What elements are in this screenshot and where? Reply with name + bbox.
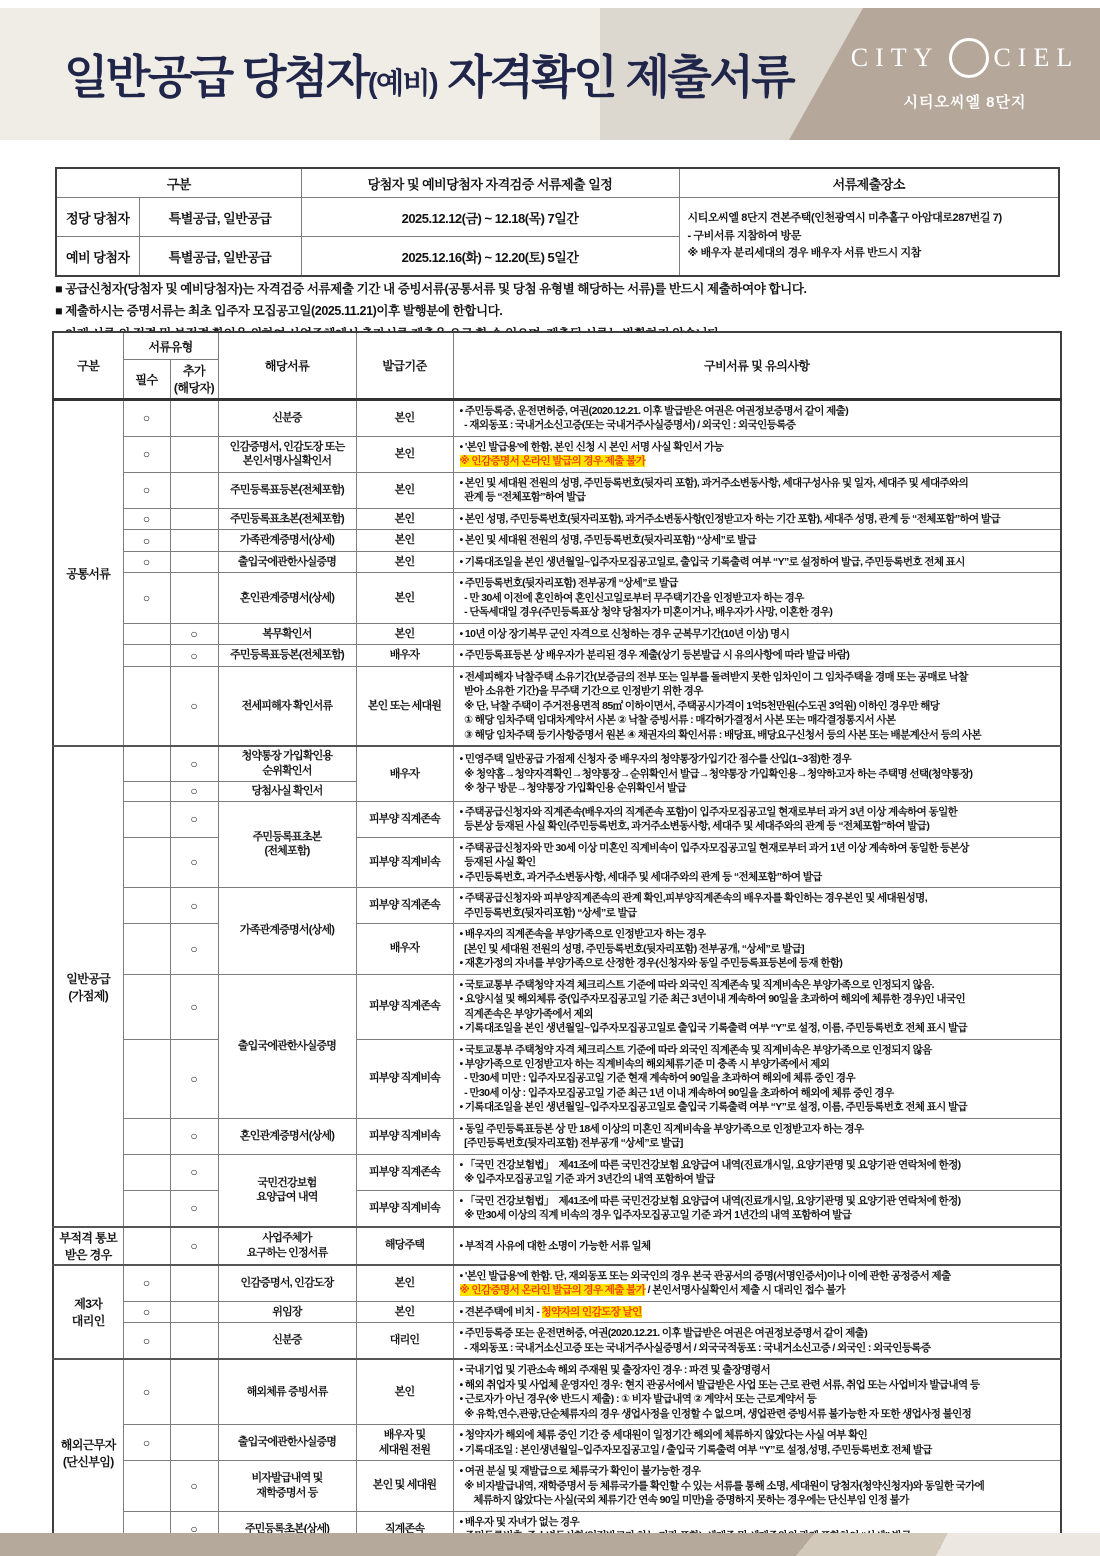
remark-line: • 국토교통부 주택청약 자격 체크리스트 기준에 따라 외국인 직계존속 및 … bbox=[460, 1043, 1055, 1057]
required-cell: ○ bbox=[123, 436, 170, 472]
remarks-cell: • 부적격 사유에 대한 소명이 가능한 서류 일체 bbox=[453, 1227, 1061, 1265]
remark-line: ※ 입주자모집공고일 기준 과거 3년간의 내역 포함하여 발급 bbox=[460, 1172, 1055, 1186]
remark-line: • 배우자의 직계존속을 부양가족으로 인정받고자 하는 경우 bbox=[460, 927, 1055, 941]
required-cell bbox=[123, 1227, 170, 1265]
brand-logo-subtitle: 시티오씨엘 8단지 bbox=[840, 91, 1090, 112]
additional-cell: ○ bbox=[170, 924, 218, 974]
remark-line: • 요양시설 및 해외체류 중(입주자모집공고일 기준 최근 3년이내 계속하여… bbox=[460, 992, 1055, 1006]
required-cell bbox=[123, 645, 170, 666]
doc-row: ○출입국에관한사실증명피부양 직계존속• 국토교통부 주택청약 자격 체크리스트… bbox=[53, 974, 1061, 1039]
remark-line: • 주택공급신청자와 피부양직계존속의 관계 확인,피부양직계존속의 배우자를 … bbox=[460, 891, 1055, 905]
doc-row: ○주민등록표초본 (전체포함)피부양 직계존속• 주택공급신청자와 직계존속(배… bbox=[53, 801, 1061, 837]
remark-line: ③ 해당 임차주택 등기사항증명서 원본 ④ 채권자의 확인서류 : 배당표, … bbox=[460, 728, 1055, 742]
remark-text: • 견본주택에 비치 - bbox=[460, 1306, 542, 1318]
doc-row: ○가족관계증명서(상세)본인• 본인 및 세대원 전원의 성명, 주민등록번호(… bbox=[53, 530, 1061, 551]
remark-line: • 10년 이상 장기복무 군인 자격으로 신청하는 경우 군복무기간(10년 … bbox=[460, 627, 1055, 641]
document-cell: 출입국에관한사실증명 bbox=[218, 1425, 356, 1461]
schedule-type-cell: 예비 당첨자 bbox=[56, 237, 139, 277]
remark-line: • 본인 및 세대원 전원의 성명, 주민등록번호(뒷자리 포함), 과거주소변… bbox=[460, 476, 1055, 490]
document-cell: 신분증 bbox=[218, 400, 356, 437]
additional-cell: ○ bbox=[170, 645, 218, 666]
required-cell bbox=[123, 888, 170, 924]
additional-cell: ○ bbox=[170, 666, 218, 746]
schedule-col-type: 구분 bbox=[56, 168, 301, 198]
remark-line: • 「국민 건강보험법」 제41조에 따른 국민건강보험 요양급여 내역(진료개… bbox=[460, 1194, 1055, 1208]
remarks-cell: • 국토교통부 주택청약 자격 체크리스트 기준에 따라 외국인 직계존속 및 … bbox=[453, 974, 1061, 1039]
remark-line: 받아 소유한 기간)을 무주택 기간으로 인정받기 위한 경우 bbox=[460, 684, 1055, 698]
remark-line: • 기록대조일을 본인 생년월일~입주자모집공고일로, 출입국 기록출력 여부 … bbox=[460, 555, 1055, 569]
doc-row: ○혼인관계증명서(상세)본인• 주민등록번호(뒷자리포함) 전부공개 “상세”로… bbox=[53, 573, 1061, 623]
brand-logo-wordmark: CITYCIEL bbox=[840, 38, 1090, 78]
remark-line: • 기록대조일을 본인 생년월일~입주자모집공고일로 출입국 기록출력 여부 “… bbox=[460, 1100, 1055, 1114]
document-cell: 전세피해자 확인서류 bbox=[218, 666, 356, 746]
remarks-cell: • 여권 분실 및 재발급으로 체류국가 확인이 불가능한 경우 ※ 비자발급내… bbox=[453, 1461, 1061, 1511]
remark-line: • 전세피해자 낙찰주택 소유기간(보증금의 전부 또는 일부를 돌려받지 못한… bbox=[460, 670, 1055, 684]
remark-line: • 주민등록번호(뒷자리포함) 전부공개 “상세”로 발급 bbox=[460, 576, 1055, 590]
basis-cell: 해당주택 bbox=[356, 1227, 453, 1265]
basis-cell: 피부양 직계비속 bbox=[356, 1039, 453, 1118]
schedule-table: 구분 당첨자 및 예비당첨자 자격검증 서류제출 일정 서류제출장소 정당 당첨… bbox=[55, 167, 1060, 277]
header-basis: 발급기준 bbox=[356, 332, 453, 400]
remark-line: • 해외 취업자 및 사업체 운영자인 경우: 현지 관공서에서 발급받은 사업… bbox=[460, 1378, 1055, 1392]
remarks-cell: • 주택공급신청자와 직계존속(배우자의 직계존속 포함)이 입주자모집공고일 … bbox=[453, 801, 1061, 837]
remark-line: • 국내기업 및 기관소속 해외 주재원 및 출장자인 경우 : 파견 및 출장… bbox=[460, 1363, 1055, 1377]
remarks-cell: • 국내기업 및 기관소속 해외 주재원 및 출장자인 경우 : 파견 및 출장… bbox=[453, 1359, 1061, 1424]
group-cell: 제3자 대리인 bbox=[53, 1265, 123, 1359]
doc-row: ○출입국에관한사실증명배우자 및 세대원 전원• 청약자가 해외에 체류 중인 … bbox=[53, 1425, 1061, 1461]
schedule-col-schedule: 당첨자 및 예비당첨자 자격검증 서류제출 일정 bbox=[301, 168, 679, 198]
remarks-cell: • 본인 및 세대원 전원의 성명, 주민등록번호(뒷자리포함) “상세”로 발… bbox=[453, 530, 1061, 551]
remark-line: • 배우자 및 자녀가 없는 경우 bbox=[460, 1515, 1055, 1529]
additional-cell: ○ bbox=[170, 801, 218, 837]
remark-text: / 본인서명사실확인서 제출 시 대리인 접수 불가 bbox=[645, 1284, 845, 1296]
basis-cell: 피부양 직계비속 bbox=[356, 1190, 453, 1226]
header-group: 구분 bbox=[53, 332, 123, 400]
remarks-cell: • 본인 및 세대원 전원의 성명, 주민등록번호(뒷자리 포함), 과거주소변… bbox=[453, 472, 1061, 508]
required-cell: ○ bbox=[123, 573, 170, 623]
required-cell: ○ bbox=[123, 472, 170, 508]
notice-line: ■ 제출하시는 증명서류는 최초 입주자 모집공고일(2025.11.21)이후… bbox=[55, 300, 1063, 322]
basis-cell: 피부양 직계존속 bbox=[356, 1154, 453, 1190]
document-cell: 청약통장 가입확인용 순위확인서 bbox=[218, 746, 356, 781]
document-cell: 혼인관계증명서(상세) bbox=[218, 1118, 356, 1154]
remark-line: ※ 비자발급내역, 재학증명서 등 체류국가를 확인할 수 있는 서류를 통해 … bbox=[460, 1479, 1055, 1493]
document-cell: 비자발급내역 및 재학증명서 등 bbox=[218, 1461, 356, 1511]
basis-cell: 대리인 bbox=[356, 1323, 453, 1359]
additional-cell: ○ bbox=[170, 1227, 218, 1265]
basis-cell: 피부양 직계비속 bbox=[356, 837, 453, 887]
schedule-col-place: 서류제출장소 bbox=[679, 168, 1059, 198]
additional-cell: ○ bbox=[170, 746, 218, 781]
doc-row: 일반공급 (가점제)○청약통장 가입확인용 순위확인서배우자• 민영주택 일반공… bbox=[53, 746, 1061, 781]
remarks-cell: • '본인 발급용'에 한함, 본인 신청 시 본인 서명 사실 확인서 가능※… bbox=[453, 436, 1061, 472]
additional-cell bbox=[170, 472, 218, 508]
remark-line: - 만 30세 이전에 혼인하여 혼인신고일로부터 무주택기간을 인정받고자 하… bbox=[460, 591, 1055, 605]
page-title-paren: (예비) bbox=[368, 68, 437, 100]
doc-row: 공통서류○신분증본인• 주민등록증, 운전면허증, 여권(2020.12.21.… bbox=[53, 400, 1061, 437]
basis-cell: 본인 bbox=[356, 436, 453, 472]
basis-cell: 피부양 직계존속 bbox=[356, 974, 453, 1039]
doc-row: ○출입국에관한사실증명본인• 기록대조일을 본인 생년월일~입주자모집공고일로,… bbox=[53, 551, 1061, 572]
remark-line: [주민등록번호(뒷자리포함) 전부공개 “상세”로 발급] bbox=[460, 1136, 1055, 1150]
page-title-main: 일반공급 당첨자 bbox=[64, 51, 368, 103]
required-cell bbox=[123, 781, 170, 801]
brand-logo: CITYCIEL 시티오씨엘 8단지 bbox=[840, 38, 1090, 112]
remark-line: - 단독세대일 경우(주민등록표상 청약 당첨자가 미혼이거나, 배우자가 사망… bbox=[460, 605, 1055, 619]
remark-highlight: ※ 인감증명서 온라인 발급의 경우 제출 불가 bbox=[460, 1284, 646, 1296]
doc-row: ○배우자• 배우자의 직계존속을 부양가족으로 인정받고자 하는 경우 [본인 … bbox=[53, 924, 1061, 974]
remark-highlight: 청약자의 인감도장 날인 bbox=[542, 1306, 642, 1318]
remark-line: 등재된 사실 확인 bbox=[460, 855, 1055, 869]
additional-cell: ○ bbox=[170, 837, 218, 887]
basis-cell: 본인 bbox=[356, 1359, 453, 1424]
footer-band bbox=[0, 1533, 1100, 1556]
required-cell bbox=[123, 1039, 170, 1118]
additional-cell: ○ bbox=[170, 974, 218, 1039]
remark-line: ① 해당 임차주택 임대차계약서 사본 ② 낙찰 증빙서류 : 매각허가결정서 … bbox=[460, 713, 1055, 727]
additional-cell bbox=[170, 1301, 218, 1322]
group-cell: 일반공급 (가점제) bbox=[53, 746, 123, 1227]
doc-row: ○전세피해자 확인서류본인 또는 세대원• 전세피해자 낙찰주택 소유기간(보증… bbox=[53, 666, 1061, 746]
document-cell: 해외체류 증빙서류 bbox=[218, 1359, 356, 1424]
remark-line: - 만30세 이상 : 입주자모집공고일 기준 최근 1년 이내 계속하여 90… bbox=[460, 1086, 1055, 1100]
document-cell: 가족관계증명서(상세) bbox=[218, 530, 356, 551]
remark-line: ※ 단, 낙찰 주택이 주거전용면적 85㎡ 이하이면서, 주택공시가격이 1억… bbox=[460, 699, 1055, 713]
remark-line: • 동일 주민등록표등본 상 만 18세 이상의 미혼인 직계비속을 부양가족으… bbox=[460, 1122, 1055, 1136]
doc-row: ○혼인관계증명서(상세)피부양 직계비속• 동일 주민등록표등본 상 만 18세… bbox=[53, 1118, 1061, 1154]
remarks-cell: • 10년 이상 장기복무 군인 자격으로 신청하는 경우 군복무기간(10년 … bbox=[453, 623, 1061, 644]
additional-cell: ○ bbox=[170, 1039, 218, 1118]
basis-cell: 본인 bbox=[356, 400, 453, 437]
header-band: 일반공급 당첨자(예비) 자격확인 제출서류 CITYCIEL 시티오씨엘 8단… bbox=[0, 8, 1100, 140]
remarks-cell: • 본인 성명, 주민등록번호(뒷자리포함), 과거주소변동사항(인정받고자 하… bbox=[453, 508, 1061, 529]
main-table: 구분 서류유형 해당서류 발급기준 구비서류 및 유의사항 필수 추가 (해당자… bbox=[52, 331, 1062, 1549]
remark-line: 체류하지 않았다는 사실(국외 체류기간 연속 90일 미만)을 증명하지 못하… bbox=[460, 1493, 1055, 1507]
remark-line: • '본인 발급용'에 한함. 단, 재외동포 또는 외국인의 경우 본국 관공… bbox=[460, 1269, 1055, 1283]
additional-cell bbox=[170, 530, 218, 551]
basis-cell: 본인 bbox=[356, 551, 453, 572]
remark-line: • 국토교통부 주택청약 자격 체크리스트 기준에 따라 외국인 직계존속 및 … bbox=[460, 978, 1055, 992]
document-cell: 주민등록표등본(전체포함) bbox=[218, 645, 356, 666]
required-cell bbox=[123, 924, 170, 974]
document-cell: 국민건강보험 요양급여 내역 bbox=[218, 1154, 356, 1226]
remark-line: • 근로자가 아닌 경우(※ 반드시 제출) : ① 비자 발급내역 ② 계약서… bbox=[460, 1392, 1055, 1406]
remark-line: 관계 등 “전체포함”하여 발급 bbox=[460, 490, 1055, 504]
document-cell: 주민등록표초본 (전체포함) bbox=[218, 801, 356, 887]
remark-line: • 주민등록증, 운전면허증, 여권(2020.12.21. 이후 발급받은 여… bbox=[460, 404, 1055, 418]
document-cell: 당첨사실 확인서 bbox=[218, 781, 356, 801]
required-cell bbox=[123, 623, 170, 644]
remark-line: • '본인 발급용'에 한함, 본인 신청 시 본인 서명 사실 확인서 가능 bbox=[460, 440, 1055, 454]
required-cell: ○ bbox=[123, 1425, 170, 1461]
additional-cell bbox=[170, 551, 218, 572]
doc-row: ○위임장본인• 견본주택에 비치 - 청약자의 인감도장 날인 bbox=[53, 1301, 1061, 1322]
remarks-cell: • 민영주택 일반공급 가점제 신청자 중 배우자의 청약통장가입기간 점수를 … bbox=[453, 746, 1061, 801]
document-cell: 신분증 bbox=[218, 1323, 356, 1359]
page-title-rest: 자격확인 제출서류 bbox=[437, 51, 793, 103]
remark-line: [본인 및 세대원 전원의 성명, 주민등록번호(뒷자리포함) 전부공개, “상… bbox=[460, 942, 1055, 956]
additional-cell: ○ bbox=[170, 1461, 218, 1511]
required-cell bbox=[123, 837, 170, 887]
remarks-cell: • 국토교통부 주택청약 자격 체크리스트 기준에 따라 외국인 직계존속 및 … bbox=[453, 1039, 1061, 1118]
document-cell: 출입국에관한사실증명 bbox=[218, 551, 356, 572]
remark-line: • 민영주택 일반공급 가점제 신청자 중 배우자의 청약통장가입기간 점수를 … bbox=[460, 752, 1055, 766]
schedule-place-cell: 시티오씨엘 8단지 견본주택(인천광역시 미추홀구 아암대로287번길 7) -… bbox=[679, 198, 1059, 277]
required-cell bbox=[123, 1190, 170, 1226]
document-cell: 인감증명서, 인감도장 bbox=[218, 1265, 356, 1301]
document-cell: 출입국에관한사실증명 bbox=[218, 974, 356, 1118]
additional-cell bbox=[170, 400, 218, 437]
basis-cell: 본인 bbox=[356, 508, 453, 529]
additional-cell: ○ bbox=[170, 623, 218, 644]
basis-cell: 피부양 직계존속 bbox=[356, 801, 453, 837]
basis-cell: 본인 bbox=[356, 1265, 453, 1301]
remarks-cell: • 청약자가 해외에 체류 중인 기간 중 세대원이 일정기간 해외에 체류하지… bbox=[453, 1425, 1061, 1461]
remark-line: • 주민등록증 또는 운전면허증, 여권(2020.12.21. 이후 발급받은… bbox=[460, 1326, 1055, 1340]
additional-cell: ○ bbox=[170, 1190, 218, 1226]
doc-row: 해외근무자 (단신부임)○해외체류 증빙서류본인• 국내기업 및 기관소속 해외… bbox=[53, 1359, 1061, 1424]
basis-cell: 피부양 직계존속 bbox=[356, 888, 453, 924]
place-line: 시티오씨엘 8단지 견본주택(인천광역시 미추홀구 아암대로287번길 7) bbox=[688, 210, 1058, 228]
remark-line: • 주택공급신청자와 직계존속(배우자의 직계존속 포함)이 입주자모집공고일 … bbox=[460, 805, 1055, 819]
doc-row: ○국민건강보험 요양급여 내역피부양 직계존속• 「국민 건강보험법」 제41조… bbox=[53, 1154, 1061, 1190]
remark-line: • 청약자가 해외에 체류 중인 기간 중 세대원이 일정기간 해외에 체류하지… bbox=[460, 1428, 1055, 1442]
doc-row: 부적격 통보 받은 경우○사업주체가 요구하는 인정서류해당주택• 부적격 사유… bbox=[53, 1227, 1061, 1265]
remark-highlight: ※ 인감증명서 온라인 발급의 경우 제출 불가 bbox=[460, 455, 646, 467]
place-line: ※ 배우자 분리세대의 경우 배우자 서류 반드시 지참 bbox=[688, 245, 1058, 263]
document-cell: 혼인관계증명서(상세) bbox=[218, 573, 356, 623]
doc-row: ○주민등록표등본(전체포함)본인• 본인 및 세대원 전원의 성명, 주민등록번… bbox=[53, 472, 1061, 508]
additional-cell: ○ bbox=[170, 781, 218, 801]
remark-line: - 재외동포 : 국내거소신고증(또는 국내거주사실증명서) / 외국인 : 외… bbox=[460, 418, 1055, 432]
schedule-supply-cell: 특별공급, 일반공급 bbox=[139, 237, 301, 277]
remark-line: • 부적격 사유에 대한 소명이 가능한 서류 일체 bbox=[460, 1239, 1055, 1253]
remarks-cell: • 주민등록표등본 상 배우자가 분리된 경우 제출(상기 등본발급 시 유의사… bbox=[453, 645, 1061, 666]
basis-cell: 배우자 bbox=[356, 924, 453, 974]
remark-line: 직계존속은 부양가족에서 제외 bbox=[460, 1007, 1055, 1021]
remark-line: 주민등록번호(뒷자리포함) “상세”로 발급 bbox=[460, 906, 1055, 920]
logo-ring-icon bbox=[949, 38, 989, 78]
main-table-body: 공통서류○신분증본인• 주민등록증, 운전면허증, 여권(2020.12.21.… bbox=[53, 400, 1061, 1548]
doc-row: ○주민등록표등본(전체포함)배우자• 주민등록표등본 상 배우자가 분리된 경우… bbox=[53, 645, 1061, 666]
doc-row: ○인감증명서, 인감도장 또는 본인서명사실확인서본인• '본인 발급용'에 한… bbox=[53, 436, 1061, 472]
main-header-row-1: 구분 서류유형 해당서류 발급기준 구비서류 및 유의사항 bbox=[53, 332, 1061, 360]
document-cell: 주민등록표등본(전체포함) bbox=[218, 472, 356, 508]
additional-cell bbox=[170, 573, 218, 623]
remarks-cell: • 기록대조일을 본인 생년월일~입주자모집공고일로, 출입국 기록출력 여부 … bbox=[453, 551, 1061, 572]
document-cell: 가족관계증명서(상세) bbox=[218, 888, 356, 974]
basis-cell: 배우자 bbox=[356, 645, 453, 666]
logo-ciel-text: CIEL bbox=[993, 43, 1079, 73]
required-cell bbox=[123, 746, 170, 781]
remarks-cell: • 전세피해자 낙찰주택 소유기간(보증금의 전부 또는 일부를 돌려받지 못한… bbox=[453, 666, 1061, 746]
basis-cell: 배우자 및 세대원 전원 bbox=[356, 1425, 453, 1461]
header-doc: 해당서류 bbox=[218, 332, 356, 400]
required-cell bbox=[123, 974, 170, 1039]
schedule-row-winner: 정당 당첨자 특별공급, 일반공급 2025.12.12(금) ~ 12.18(… bbox=[56, 198, 1059, 237]
remark-line: • 주민등록번호, 과거주소변동사항, 세대주 및 세대주와의 관계 등 “전체… bbox=[460, 870, 1055, 884]
remarks-cell: • 주민등록증 또는 운전면허증, 여권(2020.12.21. 이후 발급받은… bbox=[453, 1323, 1061, 1359]
remark-line: ※ 창구 방문→청약통장 가입확인용 순위확인서 발급 bbox=[460, 781, 1055, 795]
basis-cell: 본인 bbox=[356, 623, 453, 644]
remarks-cell: • 주민등록증, 운전면허증, 여권(2020.12.21. 이후 발급받은 여… bbox=[453, 400, 1061, 437]
doc-row: ○피부양 직계비속• 「국민 건강보험법」 제41조에 따른 국민건강보험 요양… bbox=[53, 1190, 1061, 1226]
remark-line: • 「국민 건강보험법」 제41조에 따른 국민건강보험 요양급여 내역(진료개… bbox=[460, 1158, 1055, 1172]
basis-cell: 본인 bbox=[356, 472, 453, 508]
group-cell: 해외근무자 (단신부임) bbox=[53, 1359, 123, 1547]
additional-cell bbox=[170, 1359, 218, 1424]
additional-cell bbox=[170, 508, 218, 529]
remark-line: • 여권 분실 및 재발급으로 체류국가 확인이 불가능한 경우 bbox=[460, 1464, 1055, 1478]
schedule-header-row: 구분 당첨자 및 예비당첨자 자격검증 서류제출 일정 서류제출장소 bbox=[56, 168, 1059, 198]
remark-line: • 재혼가정의 자녀를 부양가족으로 산정한 경우(신청자와 동일 주민등록표등… bbox=[460, 956, 1055, 970]
remark-line: • 본인 및 세대원 전원의 성명, 주민등록번호(뒷자리포함) “상세”로 발… bbox=[460, 533, 1055, 547]
remarks-cell: • 주택공급신청자와 피부양직계존속의 관계 확인,피부양직계존속의 배우자를 … bbox=[453, 888, 1061, 924]
remark-line: ※ 청약홈→청약자격확인→청약통장→순위확인서 발급→청약통장 가입확인용→청약… bbox=[460, 767, 1055, 781]
required-cell bbox=[123, 1154, 170, 1190]
required-cell: ○ bbox=[123, 1301, 170, 1322]
required-cell: ○ bbox=[123, 1265, 170, 1301]
additional-cell bbox=[170, 1425, 218, 1461]
remark-line: ※ 만30세 이상의 직계 비속의 경우 입주자모집공고일 기준 과거 1년간의… bbox=[460, 1208, 1055, 1222]
doc-row: ○주민등록표초본(전체포함)본인• 본인 성명, 주민등록번호(뒷자리포함), … bbox=[53, 508, 1061, 529]
schedule-supply-cell: 특별공급, 일반공급 bbox=[139, 198, 301, 237]
doc-row: ○비자발급내역 및 재학증명서 등본인 및 세대원• 여권 분실 및 재발급으로… bbox=[53, 1461, 1061, 1511]
remark-line: • 본인 성명, 주민등록번호(뒷자리포함), 과거주소변동사항(인정받고자 하… bbox=[460, 512, 1055, 526]
remarks-cell: • 주민등록번호(뒷자리포함) 전부공개 “상세”로 발급 - 만 30세 이전… bbox=[453, 573, 1061, 623]
required-cell: ○ bbox=[123, 1359, 170, 1424]
required-cell bbox=[123, 666, 170, 746]
additional-cell: ○ bbox=[170, 1154, 218, 1190]
remarks-cell: • 「국민 건강보험법」 제41조에 따른 국민건강보험 요양급여 내역(진료개… bbox=[453, 1154, 1061, 1190]
doc-row: ○복무확인서본인• 10년 이상 장기복무 군인 자격으로 신청하는 경우 군복… bbox=[53, 623, 1061, 644]
header-additional: 추가 (해당자) bbox=[170, 360, 218, 400]
document-cell: 주민등록표초본(전체포함) bbox=[218, 508, 356, 529]
required-cell: ○ bbox=[123, 1323, 170, 1359]
page-title: 일반공급 당첨자(예비) 자격확인 제출서류 bbox=[64, 41, 793, 107]
additional-cell bbox=[170, 436, 218, 472]
document-cell: 위임장 bbox=[218, 1301, 356, 1322]
doc-row: ○피부양 직계비속• 국토교통부 주택청약 자격 체크리스트 기준에 따라 외국… bbox=[53, 1039, 1061, 1118]
remark-line: • 견본주택에 비치 - 청약자의 인감도장 날인 bbox=[460, 1305, 1055, 1319]
additional-cell: ○ bbox=[170, 1118, 218, 1154]
remark-line: • 부양가족으로 인정받고자 하는 직계비속의 해외체류기준 미 충족 시 부양… bbox=[460, 1057, 1055, 1071]
required-cell bbox=[123, 801, 170, 837]
remark-line: - 재외동포 : 국내거소신고증 또는 국내거주사실증명서 / 외국국적동포 :… bbox=[460, 1341, 1055, 1355]
remarks-cell: • 배우자의 직계존속을 부양가족으로 인정받고자 하는 경우 [본인 및 세대… bbox=[453, 924, 1061, 974]
basis-cell: 본인 또는 세대원 bbox=[356, 666, 453, 746]
header-required: 필수 bbox=[123, 360, 170, 400]
doc-row: ○피부양 직계비속• 주택공급신청자와 만 30세 이상 미혼인 직계비속이 입… bbox=[53, 837, 1061, 887]
schedule-type-cell: 정당 당첨자 bbox=[56, 198, 139, 237]
document-cell: 인감증명서, 인감도장 또는 본인서명사실확인서 bbox=[218, 436, 356, 472]
remark-line: - 만30세 미만 : 입주자모집공고일 기준 현재 계속하여 90일을 초과하… bbox=[460, 1071, 1055, 1085]
group-cell: 부적격 통보 받은 경우 bbox=[53, 1227, 123, 1265]
required-cell: ○ bbox=[123, 551, 170, 572]
remark-line: ※ 인감증명서 온라인 발급의 경우 제출 불가 bbox=[460, 454, 1055, 468]
basis-cell: 본인 bbox=[356, 1301, 453, 1322]
additional-cell bbox=[170, 1265, 218, 1301]
notice-line: ■ 공급신청자(당첨자 및 예비당첨자)는 자격검증 서류제출 기간 내 증빙서… bbox=[55, 278, 1063, 300]
logo-city-text: CITY bbox=[851, 43, 940, 73]
schedule-period-cell: 2025.12.16(화) ~ 12.20(토) 5일간 bbox=[301, 237, 679, 277]
remark-line: • 기록대조일 : 본인생년월일~입주자모집공고일 / 출입국 기록출력 여부 … bbox=[460, 1443, 1055, 1457]
group-cell: 공통서류 bbox=[53, 400, 123, 747]
remarks-cell: • 견본주택에 비치 - 청약자의 인감도장 날인 bbox=[453, 1301, 1061, 1322]
remark-line: ※ 유학,연수,관광,단순체류자의 경우 생업사정을 인정할 수 없으며, 생업… bbox=[460, 1407, 1055, 1421]
additional-cell: ○ bbox=[170, 888, 218, 924]
document-cell: 사업주체가 요구하는 인정서류 bbox=[218, 1227, 356, 1265]
header-remarks: 구비서류 및 유의사항 bbox=[453, 332, 1061, 400]
schedule-period-cell: 2025.12.12(금) ~ 12.18(목) 7일간 bbox=[301, 198, 679, 237]
basis-cell: 본인 bbox=[356, 573, 453, 623]
header-doc-type: 서류유형 bbox=[123, 332, 218, 360]
doc-row: ○신분증대리인• 주민등록증 또는 운전면허증, 여권(2020.12.21. … bbox=[53, 1323, 1061, 1359]
basis-cell: 본인 bbox=[356, 530, 453, 551]
remarks-cell: • 「국민 건강보험법」 제41조에 따른 국민건강보험 요양급여 내역(진료개… bbox=[453, 1190, 1061, 1226]
remark-line: • 기록대조일을 본인 생년월일~입주자모집공고일로 출입국 기록출력 여부 “… bbox=[460, 1021, 1055, 1035]
required-cell: ○ bbox=[123, 400, 170, 437]
doc-row: 제3자 대리인○인감증명서, 인감도장본인• '본인 발급용'에 한함. 단, … bbox=[53, 1265, 1061, 1301]
document-cell: 복무확인서 bbox=[218, 623, 356, 644]
remark-line: ※ 인감증명서 온라인 발급의 경우 제출 불가 / 본인서명사실확인서 제출 … bbox=[460, 1283, 1055, 1297]
remark-line: 등본상 등재된 사실 확인(주민등록번호, 과거주소변동사항, 세대주 및 세대… bbox=[460, 819, 1055, 833]
required-cell: ○ bbox=[123, 530, 170, 551]
place-line: - 구비서류 지참하여 방문 bbox=[688, 228, 1058, 246]
required-cell bbox=[123, 1461, 170, 1511]
basis-cell: 피부양 직계비속 bbox=[356, 1118, 453, 1154]
remarks-cell: • '본인 발급용'에 한함. 단, 재외동포 또는 외국인의 경우 본국 관공… bbox=[453, 1265, 1061, 1301]
remarks-cell: • 동일 주민등록표등본 상 만 18세 이상의 미혼인 직계비속을 부양가족으… bbox=[453, 1118, 1061, 1154]
required-cell bbox=[123, 1118, 170, 1154]
additional-cell bbox=[170, 1323, 218, 1359]
remarks-cell: • 주택공급신청자와 만 30세 이상 미혼인 직계비속이 입주자모집공고일 현… bbox=[453, 837, 1061, 887]
remark-line: • 주민등록표등본 상 배우자가 분리된 경우 제출(상기 등본발급 시 유의사… bbox=[460, 648, 1055, 662]
required-cell: ○ bbox=[123, 508, 170, 529]
doc-row: ○가족관계증명서(상세)피부양 직계존속• 주택공급신청자와 피부양직계존속의 … bbox=[53, 888, 1061, 924]
basis-cell: 배우자 bbox=[356, 746, 453, 801]
basis-cell: 본인 및 세대원 bbox=[356, 1461, 453, 1511]
remark-line: • 주택공급신청자와 만 30세 이상 미혼인 직계비속이 입주자모집공고일 현… bbox=[460, 841, 1055, 855]
